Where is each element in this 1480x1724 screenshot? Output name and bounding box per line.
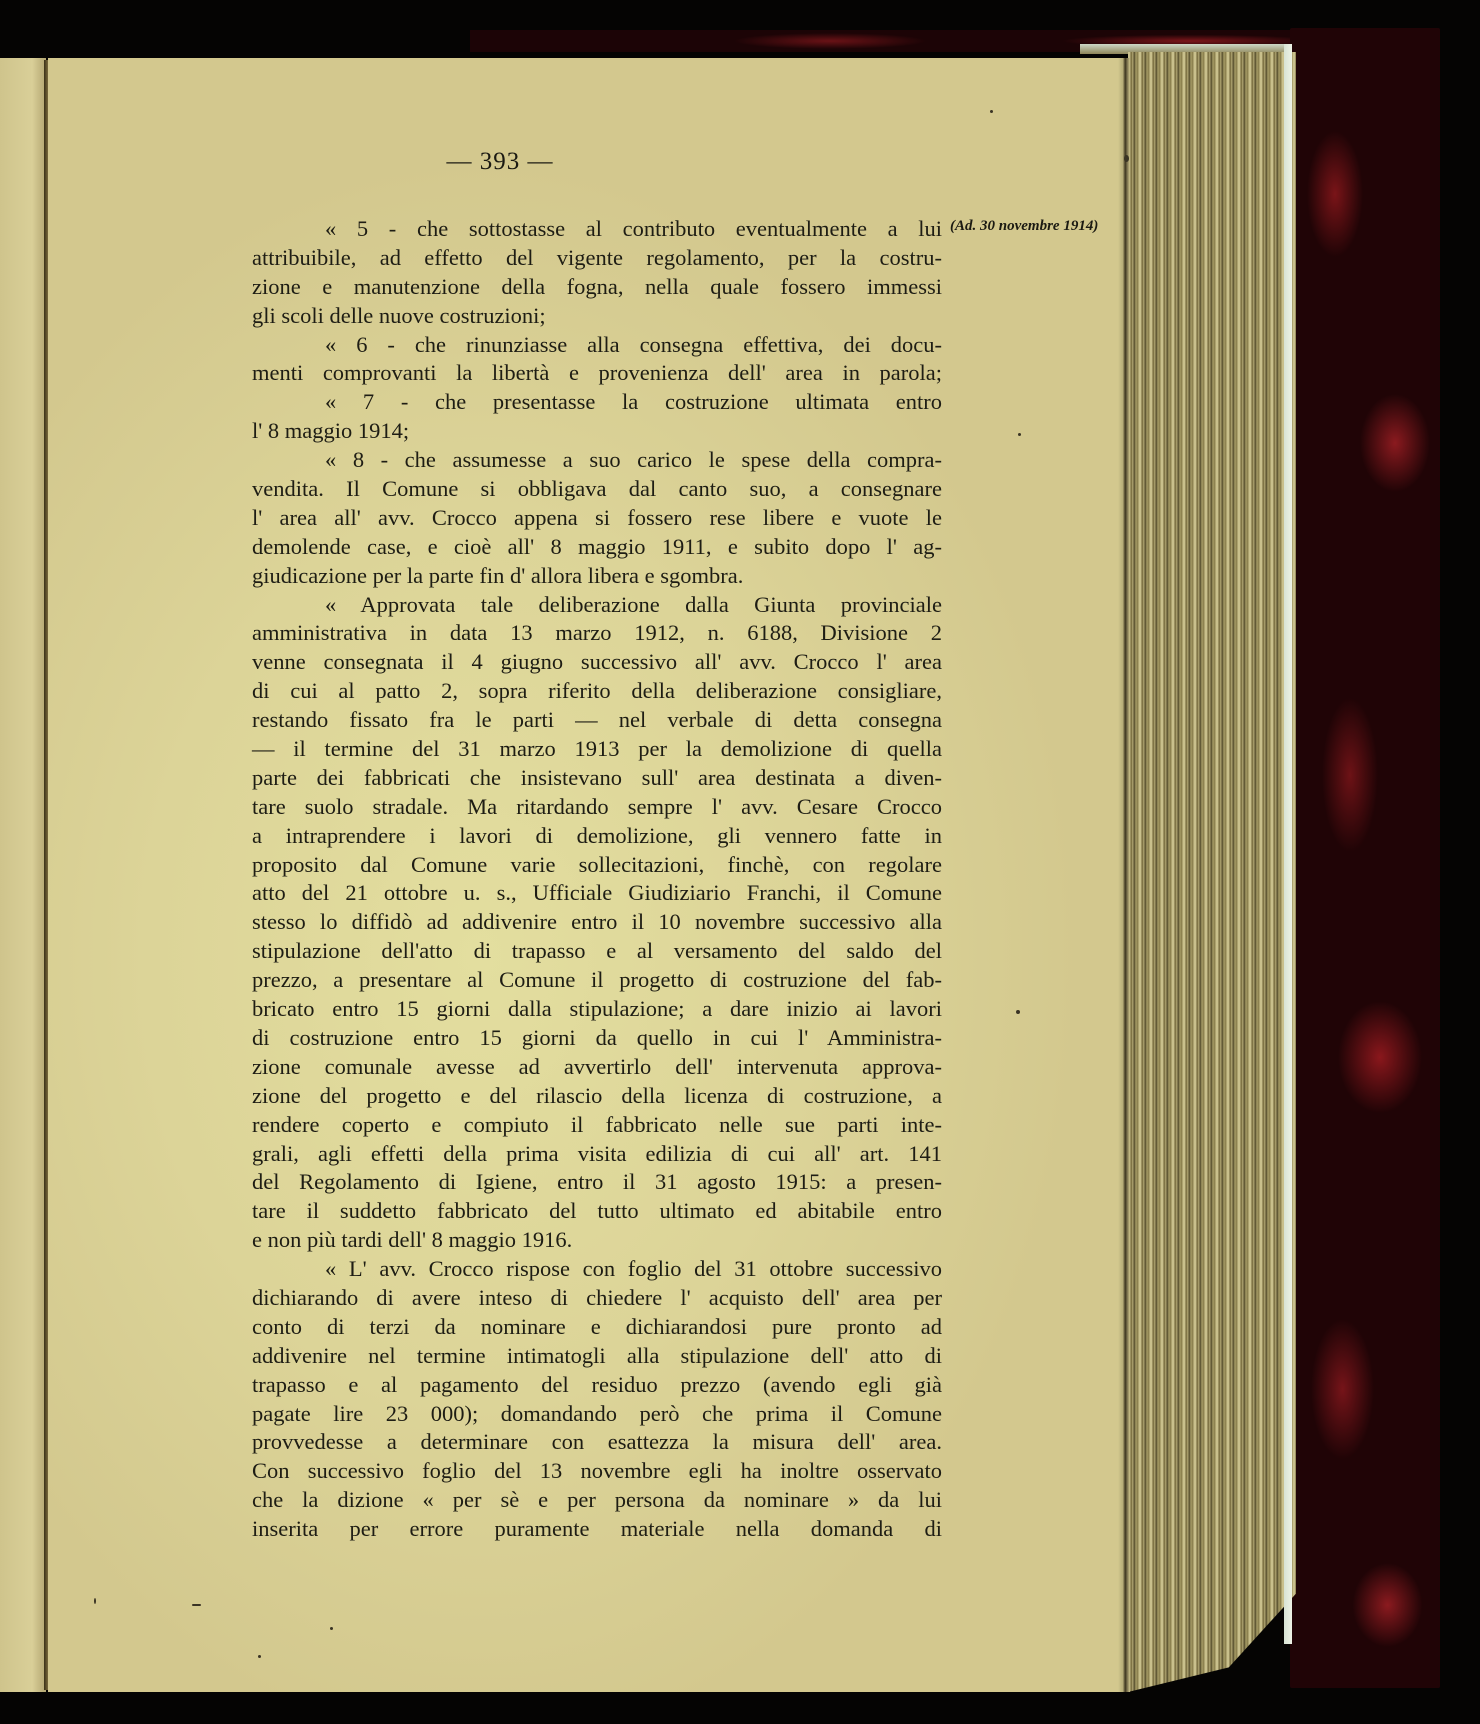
text-line: l' area all' avv. Crocco appena si fosse…	[252, 504, 942, 533]
text-line: grali, agli effetti della prima visita e…	[252, 1140, 942, 1169]
text-line: pagate lire 23 000); domandando però che…	[252, 1400, 942, 1429]
text-line: — il termine del 31 marzo 1913 per la de…	[252, 735, 942, 764]
text-line: di cui al patto 2, sopra riferito della …	[252, 677, 942, 706]
paper-speck	[1124, 155, 1129, 162]
text-line: zione comunale avesse ad avvertirlo dell…	[252, 1053, 942, 1082]
page-stack-edges	[1128, 52, 1296, 1692]
text-line: tare suolo stradale. Ma ritardando sempr…	[252, 793, 942, 822]
text-line: « 8 - che assumesse a suo carico le spes…	[252, 446, 942, 475]
text-line: prezzo, a presentare al Comune il proget…	[252, 966, 942, 995]
text-line: proposito dal Comune varie sollecitazion…	[252, 851, 942, 880]
margin-date-note: (Ad. 30 novembre 1914)	[950, 218, 1098, 235]
text-line: zione del progetto e del rilascio della …	[252, 1082, 942, 1111]
text-line: conto di terzi da nominare e dichiarando…	[252, 1313, 942, 1342]
text-line: addivenire nel termine intimatogli alla …	[252, 1342, 942, 1371]
paper-speck	[192, 1604, 201, 1606]
paper-speck	[330, 1627, 333, 1630]
text-line: l' 8 maggio 1914;	[252, 417, 942, 446]
text-line: e non più tardi dell' 8 maggio 1916.	[252, 1226, 942, 1255]
text-line: atto del 21 ottobre u. s., Ufficiale Giu…	[252, 879, 942, 908]
text-line: tare il suddetto fabbricato del tutto ul…	[252, 1197, 942, 1226]
text-line: demolende case, e cioè all' 8 maggio 191…	[252, 533, 942, 562]
page-number: — 393 —	[400, 148, 600, 176]
paper-speck	[94, 1598, 96, 1604]
text-line: parte dei fabbricati che insistevano sul…	[252, 764, 942, 793]
paper-speck	[1018, 433, 1021, 436]
text-line: dichiarando di avere inteso di chiedere …	[252, 1284, 942, 1313]
text-line: « Approvata tale deliberazione dalla Giu…	[252, 591, 942, 620]
text-line: che la dizione « per sè e per persona da…	[252, 1486, 942, 1515]
text-line: amministrativa in data 13 marzo 1912, n.…	[252, 619, 942, 648]
text-line: stesso lo diffidò ad addivenire entro il…	[252, 908, 942, 937]
text-line: Con successivo foglio del 13 novembre eg…	[252, 1457, 942, 1486]
text-line: attribuibile, ad effetto del vigente reg…	[252, 244, 942, 273]
paper-speck	[258, 1655, 261, 1658]
text-line: menti comprovanti la libertà e provenien…	[252, 359, 942, 388]
text-line: di costruzione entro 15 giorni da quello…	[252, 1024, 942, 1053]
text-line: stipulazione dell'atto di trapasso e al …	[252, 937, 942, 966]
book-cover-marbled	[1290, 28, 1440, 1688]
text-line: giudicazione per la parte fin d' allora …	[252, 562, 942, 591]
text-line: del Regolamento di Igiene, entro il 31 a…	[252, 1168, 942, 1197]
text-line: vendita. Il Comune si obbligava dal cant…	[252, 475, 942, 504]
text-line: restando fissato fra le parti — nel verb…	[252, 706, 942, 735]
text-line: « L' avv. Crocco rispose con foglio del …	[252, 1255, 942, 1284]
text-line: « 6 - che rinunziasse alla consegna effe…	[252, 331, 942, 360]
left-page-strip	[0, 58, 46, 1692]
text-line: gli scoli delle nuove costruzioni;	[252, 302, 942, 331]
text-line: inserita per errore puramente materiale …	[252, 1515, 942, 1544]
text-line: rendere coperto e compiuto il fabbricato…	[252, 1111, 942, 1140]
text-line: « 7 - che presentasse la costruzione ult…	[252, 388, 942, 417]
text-line: a intraprendere i lavori di demolizione,…	[252, 822, 942, 851]
page-stack-outer-edge	[1284, 44, 1292, 1644]
text-line: « 5 - che sottostasse al contributo even…	[252, 215, 942, 244]
text-line: bricato entro 15 giorni dalla stipulazio…	[252, 995, 942, 1024]
body-text: « 5 - che sottostasse al contributo even…	[252, 215, 942, 1544]
text-line: zione e manutenzione della fogna, nella …	[252, 273, 942, 302]
text-line: trapasso e al pagamento del residuo prez…	[252, 1371, 942, 1400]
text-line: venne consegnata il 4 giugno successivo …	[252, 648, 942, 677]
page-right-edge	[1118, 58, 1130, 1692]
paper-speck	[1016, 1010, 1020, 1014]
text-line: provvedesse a determinare con esattezza …	[252, 1428, 942, 1457]
paper-speck	[990, 110, 993, 113]
